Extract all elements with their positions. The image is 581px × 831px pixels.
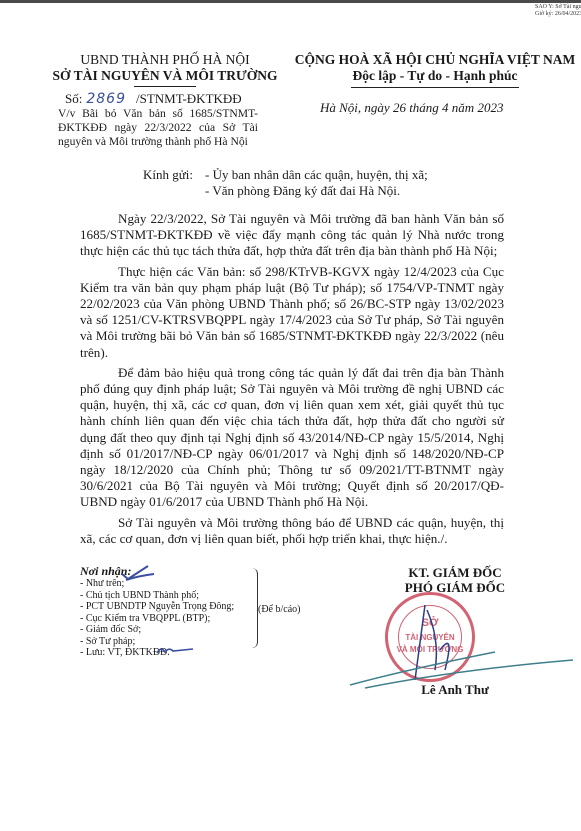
addressee-item: - Ủy ban nhân dân các quận, huyện, thị x… (205, 167, 428, 183)
initials-mark-icon (155, 644, 195, 656)
digital-copy-stamp: SAO Y: Sở Tài nguyên và Môi trường Hà Nộ… (535, 4, 581, 18)
document-body: Ngày 22/3/2022, Sở Tài nguyên và Môi trư… (80, 211, 504, 551)
doc-number-label: Số: (65, 91, 82, 106)
recipient-item: - PCT UBNDTP Nguyễn Trọng Đông; (80, 601, 234, 613)
paragraph: Thực hiện các Văn bản: số 298/KTrVB-KGVX… (80, 264, 504, 361)
recipient-item: - Giám đốc Sở; (80, 624, 234, 636)
national-motto: Độc lập - Tự do - Hạnh phúc (290, 68, 580, 84)
parent-organization: UBND THÀNH PHỐ HÀ NỘI (40, 52, 290, 68)
recipient-item: - Cục Kiểm tra VBQPPL (BTP); (80, 613, 234, 625)
doc-number-handwritten: 2869 (86, 91, 126, 107)
top-border (0, 0, 581, 3)
recipients-brace (250, 568, 258, 648)
copy-stamp-issuer: SAO Y: Sở Tài nguyên và Môi trường Hà Nộ… (535, 4, 581, 11)
addressee-label: Kính gửi: (143, 167, 205, 183)
signer-name: Lê Anh Thư (360, 682, 550, 698)
header-divider (134, 86, 196, 87)
paragraph: Sở Tài nguyên và Môi trường thông báo để… (80, 515, 504, 547)
addressee-item: - Văn phòng Đăng ký đất đai Hà Nội. (205, 183, 400, 199)
nation-title: CỘNG HOÀ XÃ HỘI CHỦ NGHĨA VIỆT NAM (290, 52, 580, 68)
paragraph: Ngày 22/3/2022, Sở Tài nguyên và Môi trư… (80, 211, 504, 260)
addressees: Kính gửi:- Ủy ban nhân dân các quận, huy… (143, 167, 428, 199)
signer-title-1: KT. GIÁM ĐỐC (360, 565, 550, 580)
national-header: CỘNG HOÀ XÃ HỘI CHỦ NGHĨA VIỆT NAM Độc l… (290, 52, 580, 88)
issuing-authority: UBND THÀNH PHỐ HÀ NỘI SỞ TÀI NGUYÊN VÀ M… (40, 52, 290, 87)
document-subject: V/v Bãi bỏ Văn bản số 1685/STNMT-ĐKTKĐĐ … (58, 107, 258, 149)
organization-name: SỞ TÀI NGUYÊN VÀ MÔI TRƯỜNG (40, 68, 290, 84)
handwritten-check-icon (118, 562, 158, 582)
document-number: Số:2869/STNMT-ĐKTKĐĐ (65, 91, 242, 107)
brace-note: (Để b/cáo) (258, 604, 300, 615)
signature-block: KT. GIÁM ĐỐC PHÓ GIÁM ĐỐC (360, 565, 550, 595)
paragraph: Để đảm bảo hiệu quả trong công tác quản … (80, 365, 504, 511)
recipient-item: - Chủ tịch UBND Thành phố; (80, 590, 234, 602)
signer-title-2: PHÓ GIÁM ĐỐC (360, 580, 550, 595)
place-date: Hà Nội, ngày 26 tháng 4 năm 2023 (320, 100, 503, 116)
doc-number-suffix: /STNMT-ĐKTKĐĐ (136, 91, 242, 106)
copy-stamp-time: Giờ ký: 26/04/2023 18:37:04 (535, 11, 581, 18)
motto-divider (351, 87, 519, 88)
